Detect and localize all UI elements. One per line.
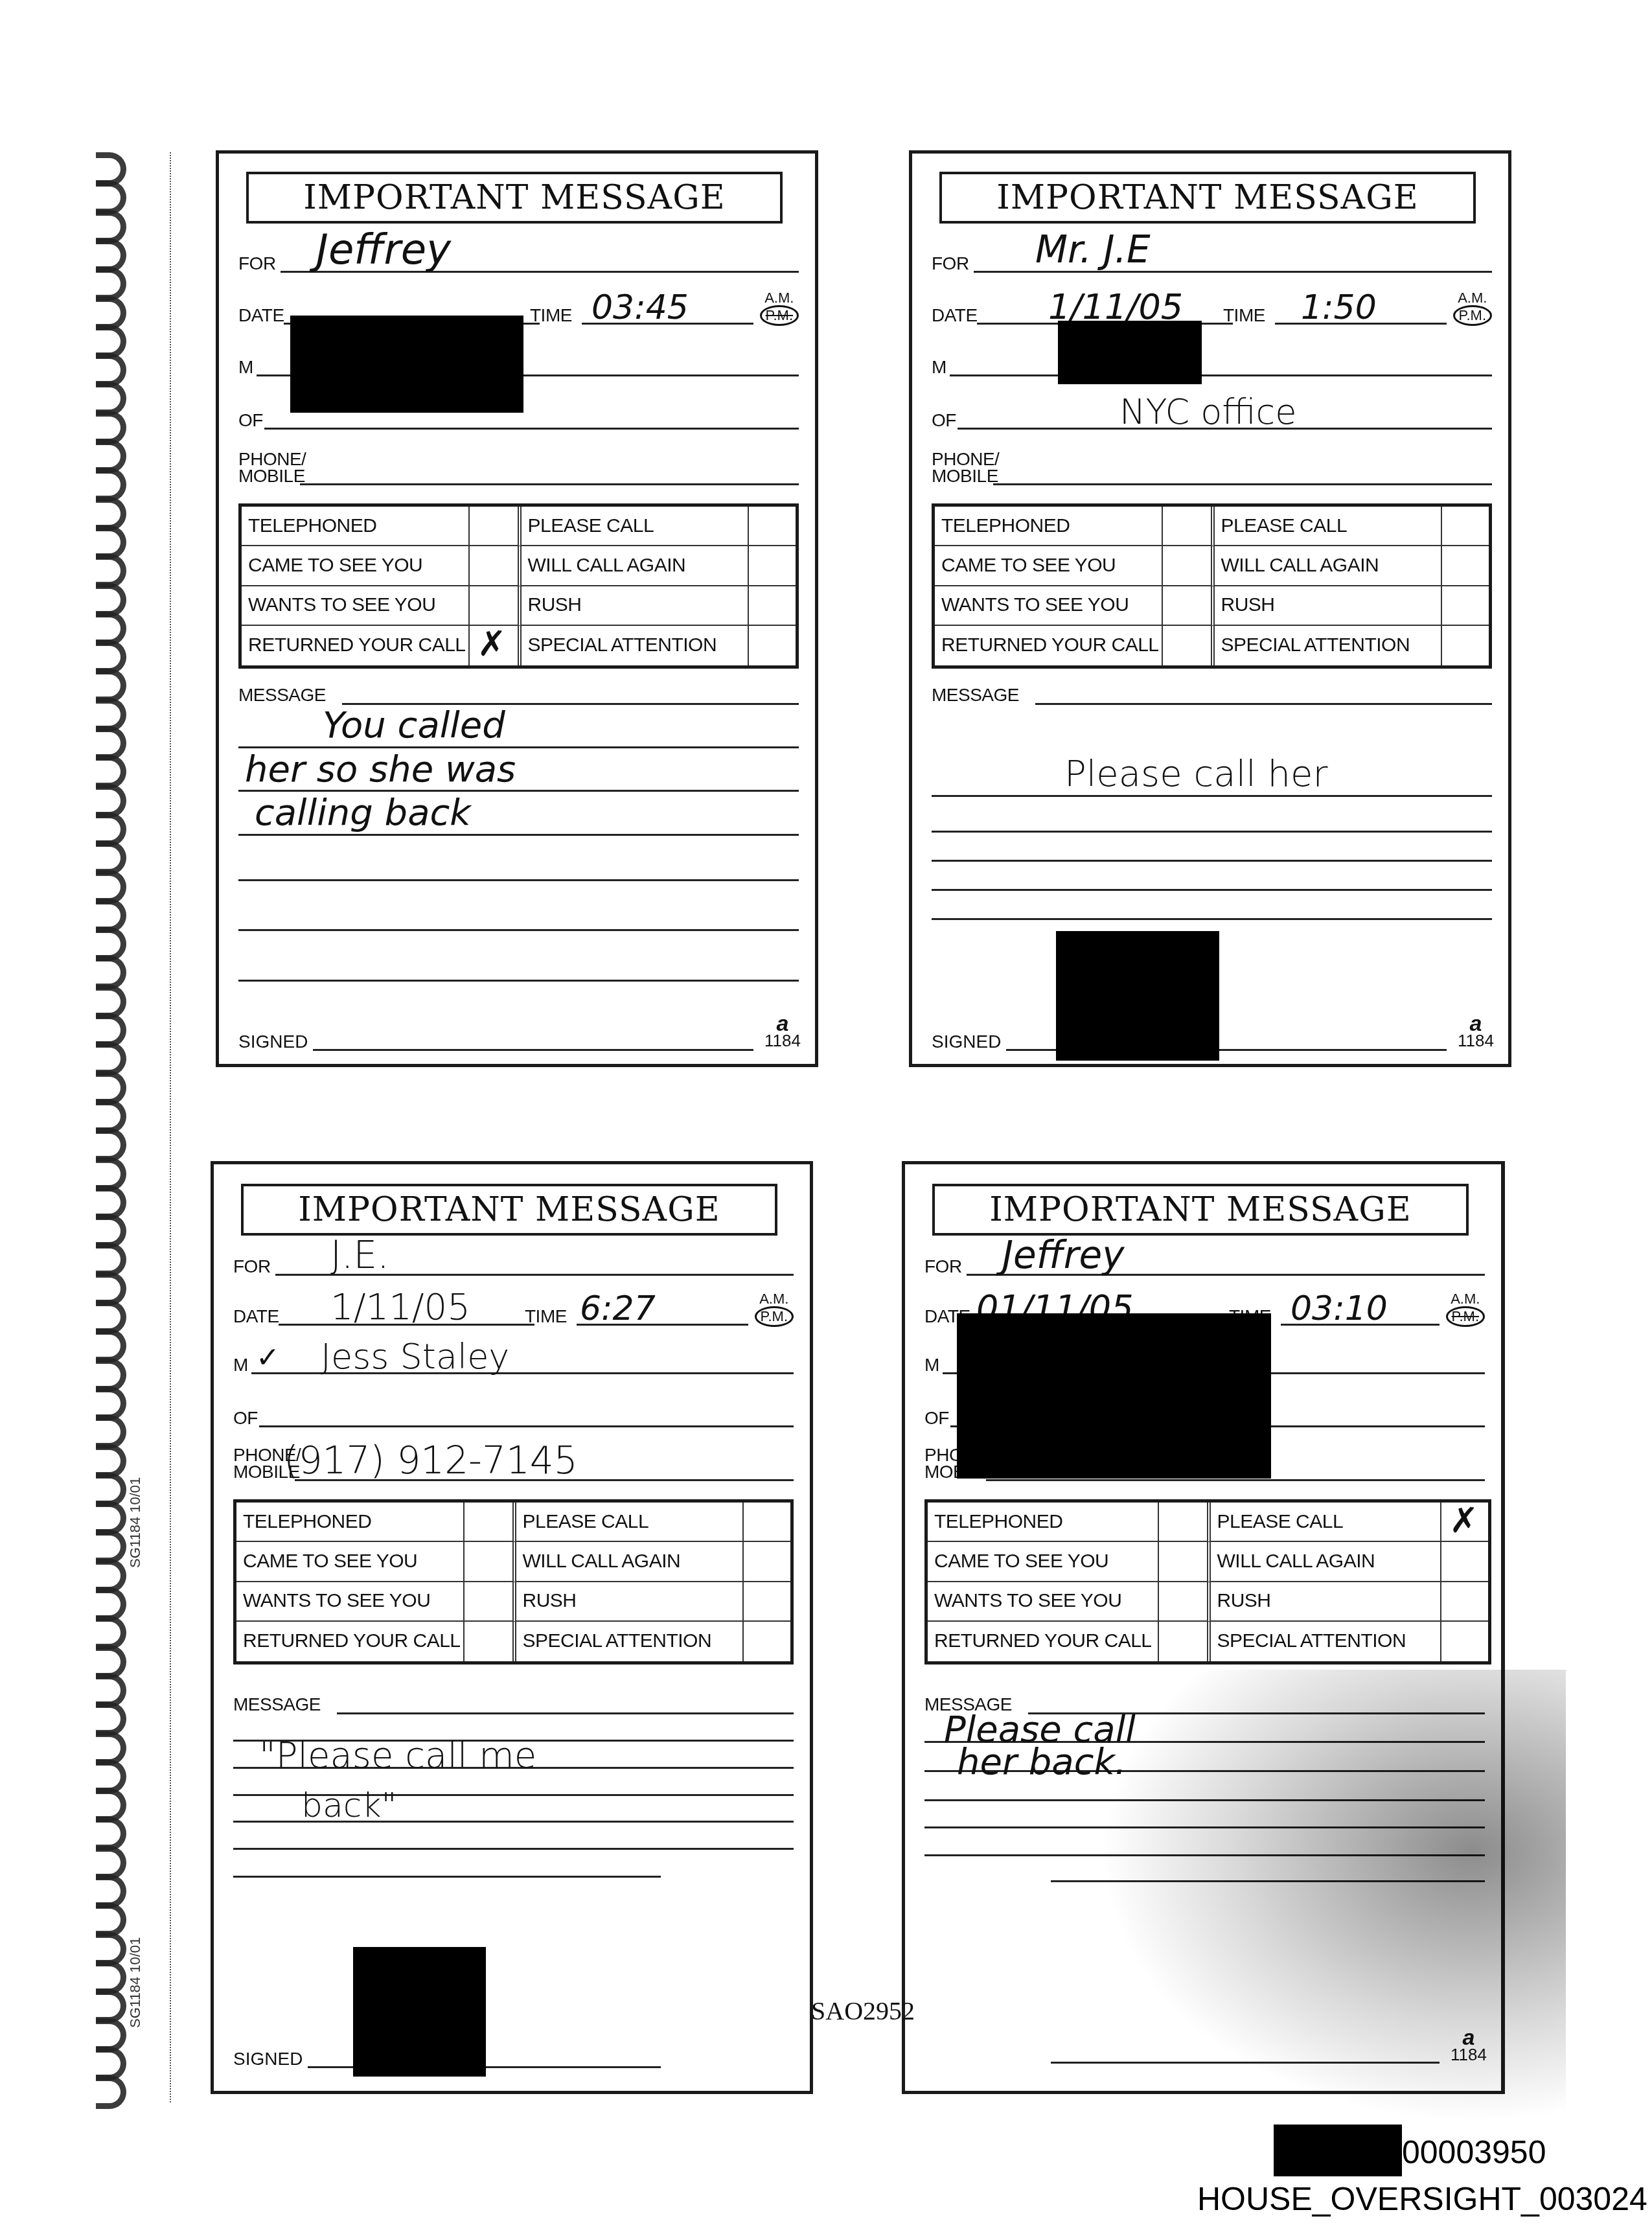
- checkbox-label: SPECIAL ATTENTION: [516, 1622, 744, 1661]
- checkbox-will-call-again[interactable]: [1442, 546, 1489, 586]
- phone-field: PHONE/ MOBILE: [238, 444, 799, 489]
- pad-logo: a1184: [764, 1015, 801, 1049]
- checkbox-wants-to-see-you[interactable]: [1163, 586, 1215, 626]
- checkbox-will-call-again[interactable]: [744, 1542, 790, 1582]
- checkbox-label: PLEASE CALL: [1211, 1503, 1442, 1542]
- perforation-edge: [170, 152, 171, 2102]
- checkbox-grid: TELEPHONEDPLEASE CALLCAME TO SEE YOUWILL…: [233, 1499, 794, 1664]
- m-value: Jess Staley: [321, 1336, 509, 1377]
- ampm-indicator: A.M. P.M.: [760, 291, 799, 326]
- checkbox-rush[interactable]: [744, 1582, 790, 1622]
- signed-redaction: [353, 1947, 486, 2077]
- message-slip-top-right: IMPORTANT MESSAGE FOR Mr. J.E DATE 1/11/…: [909, 150, 1511, 1067]
- checkbox-label: TELEPHONED: [242, 507, 470, 546]
- message-slip-bottom-left: IMPORTANT MESSAGE FOR J.E. DATE 1/11/05 …: [211, 1161, 813, 2094]
- checkbox-label: SPECIAL ATTENTION: [1211, 1622, 1442, 1661]
- for-field: FOR Mr. J.E: [932, 238, 1492, 277]
- checkbox-label: WILL CALL AGAIN: [516, 1542, 744, 1582]
- checkbox-wants-to-see-you[interactable]: [465, 1582, 516, 1622]
- phone-field: PHONE/ MOBILE (917) 912-7145: [233, 1440, 794, 1485]
- checkbox-special-attention[interactable]: [749, 626, 796, 665]
- ampm-indicator: A.M. P.M.: [1453, 291, 1492, 326]
- m-field: M ✓ Jess Staley: [233, 1339, 794, 1378]
- checkbox-will-call-again[interactable]: [749, 546, 796, 586]
- bates-id: HOUSE_OVERSIGHT_003024: [1197, 2180, 1647, 2218]
- checkbox-label: RETURNED YOUR CALL: [928, 1622, 1159, 1661]
- title-box: IMPORTANT MESSAGE: [932, 1184, 1469, 1236]
- phone-value: (917) 912-7145: [284, 1438, 578, 1482]
- checkbox-label: PLEASE CALL: [1215, 507, 1443, 546]
- title-box: IMPORTANT MESSAGE: [241, 1184, 777, 1236]
- of-field: OF NYC office: [932, 395, 1492, 433]
- message-label: MESSAGE: [238, 685, 326, 706]
- checkbox-label: TELEPHONED: [928, 1503, 1159, 1542]
- checkbox-rush[interactable]: [749, 586, 796, 626]
- pad-logo: a1184: [1458, 1015, 1494, 1049]
- pm-marked: P.M.: [1446, 1306, 1485, 1327]
- checkbox-label: RETURNED YOUR CALL: [935, 626, 1163, 665]
- of-value: NYC office: [1119, 391, 1296, 432]
- phone-field: PHONE/ MOBILE: [932, 444, 1492, 489]
- checkbox-special-attention[interactable]: [1442, 626, 1489, 665]
- checkbox-please-call[interactable]: [744, 1503, 790, 1542]
- checkbox-came-to-see-you[interactable]: [465, 1542, 516, 1582]
- message-line-3: calling back: [255, 792, 471, 834]
- checkbox-label: WANTS TO SEE YOU: [935, 586, 1163, 626]
- message-line-1: "Please call me: [259, 1734, 536, 1777]
- pm-circled: P.M.: [1453, 305, 1492, 326]
- message-line-2: her so she was: [245, 748, 516, 790]
- checkbox-label: RUSH: [516, 1582, 744, 1622]
- checkbox-label: TELEPHONED: [236, 1503, 465, 1542]
- checkbox-label: WANTS TO SEE YOU: [928, 1582, 1159, 1622]
- spiral-binding: [91, 152, 136, 2102]
- message-slip-bottom-right: IMPORTANT MESSAGE FOR Jeffrey DATE 01/11…: [902, 1161, 1505, 2094]
- checkbox-special-attention[interactable]: [744, 1622, 790, 1661]
- checkbox-will-call-again[interactable]: [1441, 1542, 1488, 1582]
- time-value: 03:45: [591, 288, 689, 327]
- for-field: FOR Jeffrey: [924, 1241, 1485, 1280]
- checkbox-rush[interactable]: [1441, 1582, 1488, 1622]
- checkbox-label: CAME TO SEE YOU: [236, 1542, 465, 1582]
- pm-circled: P.M.: [760, 305, 799, 326]
- scan-smudge: [1099, 1670, 1566, 2123]
- for-value: J.E.: [330, 1233, 389, 1277]
- date-time-field: DATE 1/11/05 TIME 1:50 A.M. P.M.: [932, 290, 1492, 328]
- checkbox-label: WILL CALL AGAIN: [522, 546, 750, 586]
- date-value: 1/11/05: [330, 1286, 470, 1328]
- control-number: SAO2952: [811, 1996, 915, 2026]
- checkbox-returned-your-call[interactable]: [465, 1622, 516, 1661]
- bates-redaction: [1274, 2125, 1402, 2176]
- time-value: 03:10: [1291, 1289, 1388, 1328]
- checkbox-label: WANTS TO SEE YOU: [242, 586, 470, 626]
- checkbox-telephoned[interactable]: [1159, 1503, 1211, 1542]
- checkbox-label: RUSH: [522, 586, 750, 626]
- time-label: TIME: [530, 305, 572, 326]
- checkbox-rush[interactable]: [1442, 586, 1489, 626]
- form-title: IMPORTANT MESSAGE: [303, 178, 725, 217]
- checkbox-returned-your-call[interactable]: ✗: [470, 626, 522, 665]
- message-slip-top-left: IMPORTANT MESSAGE FOR Jeffrey DATE TIME …: [216, 150, 818, 1067]
- checkbox-telephoned[interactable]: [1163, 507, 1215, 546]
- for-label: FOR: [238, 253, 276, 274]
- time-value: 6:27: [580, 1289, 656, 1328]
- checkbox-label: RETURNED YOUR CALL: [236, 1622, 465, 1661]
- checkbox-came-to-see-you[interactable]: [1159, 1542, 1211, 1582]
- redaction-box: [290, 316, 523, 413]
- message-line-1: You called: [323, 704, 505, 746]
- checkbox-came-to-see-you[interactable]: [470, 546, 522, 586]
- pm-circled: P.M.: [755, 1306, 794, 1327]
- checkbox-label: WILL CALL AGAIN: [1211, 1542, 1442, 1582]
- checkbox-label: SPECIAL ATTENTION: [1215, 626, 1443, 665]
- redaction-box: [1058, 321, 1202, 384]
- redaction-box: [957, 1313, 1271, 1479]
- message-line-2: back": [301, 1786, 397, 1825]
- checkbox-please-call[interactable]: ✗: [1441, 1503, 1488, 1542]
- checkbox-grid: TELEPHONEDPLEASE CALLCAME TO SEE YOUWILL…: [238, 503, 799, 669]
- date-label: DATE: [238, 305, 284, 326]
- of-field: OF: [233, 1392, 794, 1431]
- bates-number-suffix: 00003950: [1402, 2134, 1546, 2171]
- checkbox-label: TELEPHONED: [935, 507, 1163, 546]
- for-value: Mr. J.E: [1035, 227, 1151, 271]
- date-time-field: DATE 1/11/05 TIME 6:27 A.M. P.M.: [233, 1291, 794, 1330]
- checkbox-label: CAME TO SEE YOU: [928, 1542, 1159, 1582]
- checkbox-came-to-see-you[interactable]: [1163, 546, 1215, 586]
- for-field: FOR J.E.: [233, 1241, 794, 1280]
- pad-code-upper: SG1184 10/01: [127, 1477, 144, 1568]
- checkbox-label: RUSH: [1215, 586, 1443, 626]
- checkbox-label: RUSH: [1211, 1582, 1442, 1622]
- checkbox-label: CAME TO SEE YOU: [935, 546, 1163, 586]
- for-value: Jeffrey: [1002, 1233, 1125, 1277]
- title-box: IMPORTANT MESSAGE: [246, 172, 783, 224]
- checkbox-telephoned[interactable]: [465, 1503, 516, 1542]
- checkbox-label: SPECIAL ATTENTION: [522, 626, 750, 665]
- checkbox-label: CAME TO SEE YOU: [242, 546, 470, 586]
- checkbox-label: PLEASE CALL: [522, 507, 750, 546]
- time-value: 1:50: [1301, 288, 1377, 327]
- of-label: OF: [238, 410, 263, 431]
- for-value: Jeffrey: [316, 226, 451, 274]
- message-line-1: Please call her: [1064, 753, 1328, 795]
- checkbox-label: WILL CALL AGAIN: [1215, 546, 1443, 586]
- checkbox-grid: TELEPHONEDPLEASE CALL✗CAME TO SEE YOUWIL…: [924, 1499, 1491, 1664]
- check-mark-icon: ✗: [477, 623, 507, 664]
- pad-code: SG1184 10/01: [127, 1937, 144, 2028]
- checkbox-wants-to-see-you[interactable]: [1159, 1582, 1211, 1622]
- title-box: IMPORTANT MESSAGE: [939, 172, 1476, 224]
- check-mark-icon: ✗: [1449, 1500, 1478, 1541]
- spiral-ring: [96, 2075, 126, 2109]
- m-field: M: [932, 341, 1492, 380]
- checkbox-label: PLEASE CALL: [516, 1503, 744, 1542]
- checkbox-label: RETURNED YOUR CALL: [242, 626, 470, 665]
- ampm-indicator: A.M. P.M.: [755, 1292, 794, 1327]
- for-field: FOR Jeffrey: [238, 238, 799, 277]
- checkbox-special-attention[interactable]: [1441, 1622, 1488, 1661]
- signed-label: SIGNED: [238, 1031, 308, 1052]
- checkbox-returned-your-call[interactable]: [1159, 1622, 1211, 1661]
- checkbox-returned-your-call[interactable]: [1163, 626, 1215, 665]
- checkbox-please-call[interactable]: [749, 507, 796, 546]
- checkbox-please-call[interactable]: [1442, 507, 1489, 546]
- ampm-indicator: A.M. P.M.: [1446, 1292, 1485, 1327]
- signed-redaction: [1056, 931, 1219, 1061]
- checkbox-wants-to-see-you[interactable]: [470, 586, 522, 626]
- checkbox-telephoned[interactable]: [470, 507, 522, 546]
- checkbox-grid: TELEPHONEDPLEASE CALLCAME TO SEE YOUWILL…: [932, 503, 1492, 669]
- checkbox-label: WANTS TO SEE YOU: [236, 1582, 465, 1622]
- m-label: M: [238, 357, 253, 378]
